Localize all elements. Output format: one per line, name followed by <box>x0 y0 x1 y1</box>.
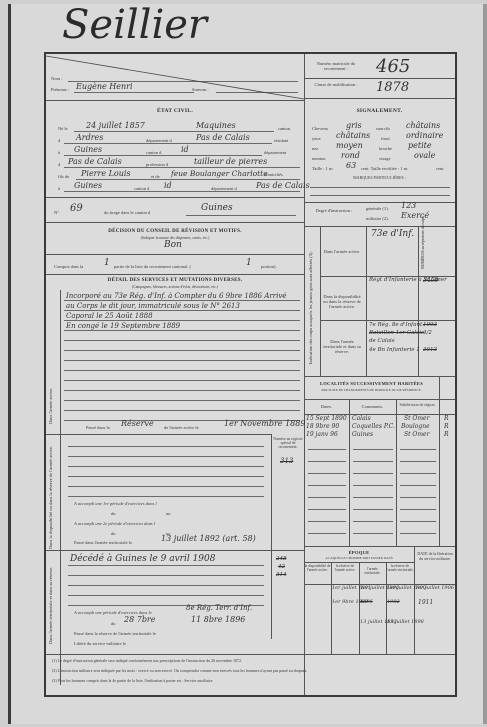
side-num-1: 248 <box>276 556 287 562</box>
service-line-1: Incorporé au 73e Rég. d'Inf. à Compter d… <box>66 292 286 300</box>
residant-a-value: Guines <box>74 145 102 154</box>
localite-subdiv-3: St Omer <box>404 431 429 438</box>
nez-value: moyen <box>336 141 363 150</box>
localite-mark-1: R <box>444 415 449 422</box>
compris-value: 1 <box>104 258 110 268</box>
corps-terr-value-1: 7e Rég. 8e d'Infant. <box>369 322 424 328</box>
menton-label: menton <box>312 156 326 161</box>
corps-terr-label: Dans l'armée territoriale et dans sa rés… <box>322 339 362 354</box>
corps-terr-num-2: 4/2 <box>423 330 432 336</box>
side-num-3: 314 <box>276 572 287 578</box>
periode1-du: du <box>111 511 116 516</box>
tirage-label: N° <box>54 210 59 215</box>
dom-a-label: à <box>58 186 60 191</box>
fils-value: Pierre Louis <box>81 169 131 178</box>
dep2-value: Pas de Calais <box>68 157 122 166</box>
ne-le-label: Né le <box>58 126 68 131</box>
corps-dispo-label: Dans la disponibilité ou dans la réserve… <box>322 294 362 309</box>
epoque-val-res-terr-3: 13 juillet 1898 <box>387 619 424 625</box>
epoque-col-disponibilite: la disponibilité de l'armée active. <box>304 564 331 572</box>
taille-value: 63 <box>346 161 356 170</box>
corps-vertical-label: Indication des corps auxquels les jeunes… <box>308 234 313 364</box>
reserve-side-label: Dans la disponibilité ou dans la réserve… <box>48 449 53 549</box>
bouche-value: petite <box>408 141 432 150</box>
epoque-val-liberation-1: 1er juillet 1906 <box>415 585 454 591</box>
corps-terr-value-2: Bataillon 1er Calais <box>369 330 424 336</box>
classe-value: 1878 <box>376 80 409 95</box>
localite-mark-3: R <box>444 431 449 438</box>
yeux-value: châtains <box>336 131 370 140</box>
epoque-col-territoriale: l'armée territoriale. <box>359 567 386 575</box>
front-value: ordinaire <box>406 131 443 140</box>
periode2-du: du <box>111 531 116 536</box>
localites-title: LOCALITÉS SUCCESSIVEMENT HABITÉES <box>304 381 439 386</box>
marques-label: MARQUES PARTICULIÈRES : <box>304 175 455 180</box>
profession-value: tailleur de pierres <box>194 157 267 166</box>
signalement-title: SIGNALEMENT. <box>304 108 455 114</box>
registre-label: Numéro au registre spécial de recrutemen… <box>272 437 304 449</box>
footnote-1: (1) Le degré d'instruction générale sera… <box>52 658 452 663</box>
corps-numeros-label: NUMÉROS au répertoire du corps <box>421 229 425 269</box>
ne-le-value: 24 juillet 1857 <box>86 121 145 130</box>
strike-diagonal <box>46 54 304 102</box>
periode1-label: A accompli une 1re période d'exercices d… <box>74 501 157 506</box>
domicilies-label: domiciliés <box>264 172 283 177</box>
corps-terr-value-3: de Calais <box>369 338 395 344</box>
localites-col-subdivision: Subdivision de région. <box>396 402 439 407</box>
generale-value: 123 <box>401 201 416 210</box>
passe-date: 1er Novembre 1889 <box>224 419 305 428</box>
epoque-col-reserve-active: la réserve de l'armée active. <box>331 564 359 572</box>
record-form: Nom : Prénoms : Eugène Henri Surnom : Nu… <box>44 52 457 697</box>
localites-subtitle: PAR SUITE DE CHANGEMENTS DE DOMICILE OU … <box>304 388 439 392</box>
passe-value: Réserve <box>121 419 154 428</box>
corps-terr-num-3: 3013 <box>423 347 437 353</box>
dom-canton-value: id <box>164 181 172 190</box>
corps-terr-num-1: 1093 <box>423 322 437 328</box>
terr-au-value: 11 8bre 1896 <box>191 615 245 624</box>
terr-du-label: du <box>111 621 116 626</box>
libere-label: Libéré du service militaire le <box>74 641 126 646</box>
localite-date-1: 15 Sept 1890 <box>306 415 347 422</box>
periode1-au: au <box>166 511 171 516</box>
services-subtitle: (Campagnes, blessures, actions d'éclat, … <box>46 285 304 289</box>
epoque-subtitle: A LAQUELLE L'HOMME DOIT PASSER DANS <box>304 556 414 560</box>
portion-text: portion). <box>261 264 277 269</box>
matricule-value: 465 <box>376 56 410 77</box>
residant-label: résidant <box>274 138 288 143</box>
localites-col-dates: Dates. <box>304 404 349 409</box>
canton2-value: id <box>181 145 189 154</box>
registre-value: 313 <box>280 457 293 465</box>
corps-dispo-num: 3459 <box>423 277 438 284</box>
passe-reserve-label: Passé dans la réserve de l'armée territo… <box>74 631 156 636</box>
passe-text: de l'armée active le <box>164 425 199 430</box>
localite-date-3: 19 janv 96 <box>306 431 338 438</box>
localite-commune-3: Guines <box>352 431 373 438</box>
visage-label: visage <box>379 156 391 161</box>
classe-label: Classe de mobilisation : <box>310 82 362 87</box>
birthplace-value: Maquines <box>196 121 236 130</box>
passe-terr-value: 13 juillet 1892 (art. 58) <box>161 534 256 543</box>
passe-terr-label: Passé dans l'armée territoriale le <box>74 540 132 545</box>
footnote-3: (3) Pour les hommes compris dans la 4e p… <box>52 678 452 683</box>
canton-label: canton <box>278 126 290 131</box>
bouche-label: bouche <box>379 146 392 151</box>
sourcils-value: châtains <box>406 121 440 130</box>
yeux-label: yeux <box>312 136 321 141</box>
epoque-val-terr-2: 1896 <box>360 599 373 605</box>
footnote-2: (2) L'instruction militaire sera indiqué… <box>52 668 452 673</box>
service-line-3: Caporal le 25 Août 1888 <box>66 312 153 320</box>
fils-label: fils de <box>58 174 69 179</box>
epoque-date-col: DATE de la libération du service militai… <box>415 551 455 561</box>
corps-active-label: Dans l'armée active. <box>322 249 362 254</box>
dom-dep-value: Pas de Calais <box>256 181 310 190</box>
corps-terr-value-4: 4e Bn Infanterie 1 <box>369 347 420 353</box>
service-line-2: au Corps le dit jour, immatriculé sous l… <box>66 302 240 310</box>
residant-a-label: à <box>58 150 60 155</box>
etat-civil-title: ÉTAT CIVIL. <box>46 108 304 114</box>
epoque-col-reserve-terr: la réserve de l'armée territoriale. <box>386 564 414 572</box>
portion-value: 1 <box>246 258 252 268</box>
compris-text: partie de la liste du recrutement canton… <box>114 264 191 269</box>
cheveux-value: gris <box>346 121 362 130</box>
de2-label: d <box>58 162 60 167</box>
de-label: d <box>58 138 60 143</box>
militaire-label: militaire (2). <box>366 216 389 221</box>
localite-commune-1: Calais <box>352 415 371 422</box>
front-label: front <box>381 136 390 141</box>
epoque-val-liberation-2: 1911 <box>418 599 433 606</box>
taille-suffix: cent. Taille rectifiée : 1 m. <box>361 166 408 171</box>
localites-col-communes: Communes. <box>349 404 396 409</box>
localite-subdiv-1: St Omer <box>404 415 429 422</box>
epoque-val-res-terr-2: 1902 <box>387 599 400 605</box>
sourcils-label: sourcils <box>376 126 390 131</box>
nez-label: nez <box>312 146 318 151</box>
localite-commune-2: Coquelles P.C. <box>352 423 395 430</box>
dep2-label: département <box>264 150 286 155</box>
tirage-text: du tirage dans le canton d <box>104 210 150 215</box>
decision-value: Bon <box>164 240 182 250</box>
surname-handwritten: Seillier <box>62 2 207 48</box>
services-side-label: Dans l'armée active. <box>48 334 53 424</box>
visage-value: ovale <box>414 151 435 160</box>
generale-label: générale (1). <box>366 206 389 211</box>
cheveux-label: Cheveux <box>312 126 328 131</box>
terr-periode-value: 8e Rég. Terr. d'Inf. <box>186 604 252 612</box>
degre-label: Degré d'instruction : <box>314 208 354 213</box>
localite-mark-2: R <box>444 423 449 430</box>
side-num-2: 42 <box>278 564 285 570</box>
tirage-value: 69 <box>70 203 83 214</box>
dom-a-value: Guines <box>74 181 102 190</box>
passe-label: Passé dans la <box>86 425 110 430</box>
tirage-canton: Guines <box>201 203 233 213</box>
taille-label: Taille : 1 m. <box>312 166 334 171</box>
taille-suffix2: cent. <box>436 166 445 171</box>
matricule-label: Numéro matricule du recrutement : <box>310 61 362 71</box>
decision-title: DÉCISION DU CONSEIL DE RÉVISION ET MOTIF… <box>46 229 304 234</box>
mere-value: feue Boulanger Charlotte <box>171 169 268 178</box>
epoque-title: ÉPOQUE <box>304 550 414 555</box>
departement-value: Pas de Calais <box>196 133 250 142</box>
compris-label: Compris dans la <box>54 264 83 269</box>
canton-value: Ardres <box>76 133 103 142</box>
corps-active-value: 73e d'Inf. <box>371 229 414 239</box>
services-title: DÉTAIL DES SERVICES ET MUTATIONS DIVERSE… <box>46 278 304 283</box>
periode2-label: A accompli une 2e période d'exercices da… <box>74 521 155 526</box>
localite-date-2: 18 9bre 90 <box>306 423 339 430</box>
territoriale-side-label: Dans l'armée territoriale et dans sa rés… <box>48 564 53 644</box>
terr-du-value: 28 7bre <box>124 615 156 624</box>
localite-subdiv-2: Boulogne <box>401 423 430 430</box>
deces-value: Décédé à Guines le 9 avril 1908 <box>70 554 215 564</box>
service-line-4: En congé le 19 Septembre 1889 <box>66 322 180 330</box>
menton-value: rond <box>341 151 360 160</box>
